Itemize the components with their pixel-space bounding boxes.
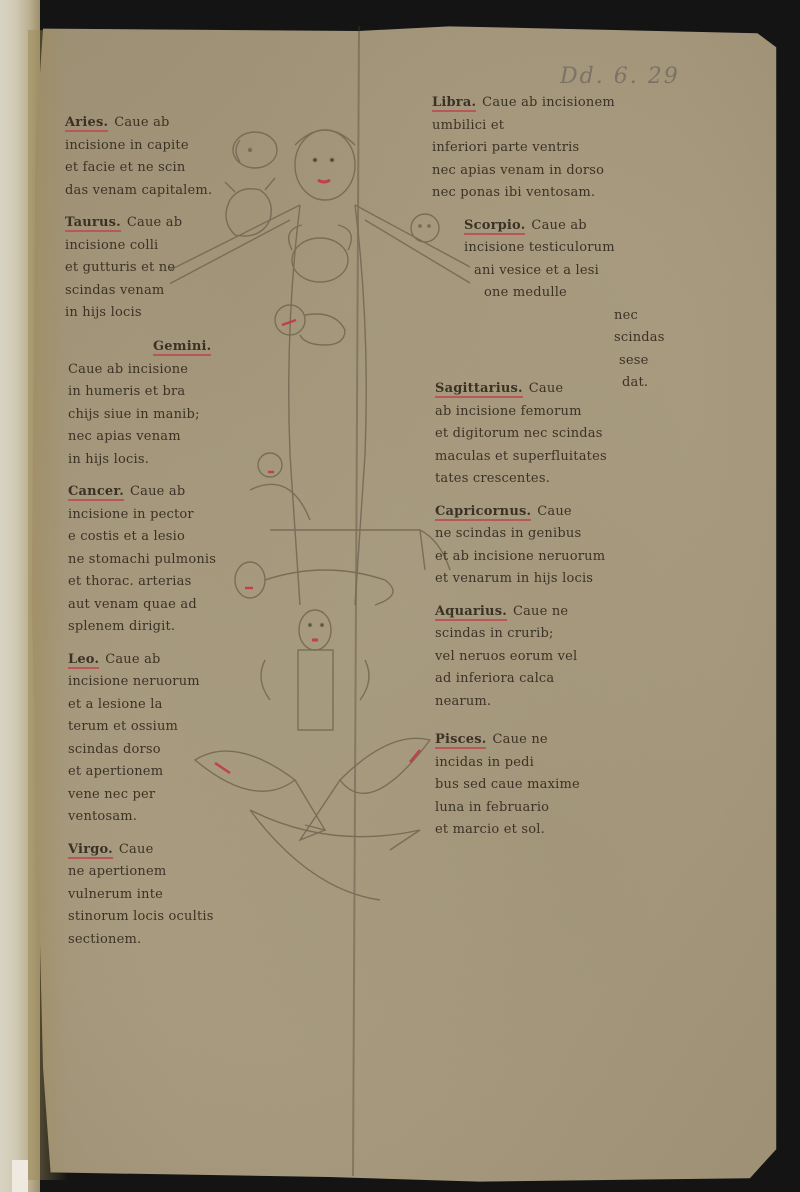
rubric-heading: Libra. (432, 95, 476, 112)
zodiac-entry-gemini: Gemini. Caue ab incisione in humeris et … (68, 336, 268, 471)
gutter-stain (28, 30, 68, 1180)
crab-icon (289, 225, 352, 282)
zodiac-entry-pisces: Pisces.Caue ne incidas in pedi bus sed c… (435, 729, 685, 842)
zodiac-entry-virgo: Virgo.Caue ne apertionem vulnerum inte s… (68, 839, 268, 952)
rubric-heading: Sagittarius. (435, 381, 523, 398)
zodiac-entry-aries: Aries.Caue ab incisione in capite et fac… (65, 112, 235, 202)
sagittarius-archer-icon (250, 453, 450, 570)
rubric-heading: Cancer. (68, 484, 124, 501)
rubric-heading: Aries. (65, 115, 108, 132)
zodiac-entry-sagittarius: Sagittarius.Caue ab incisione femorum et… (435, 378, 685, 491)
rubric-heading: Scorpio. (464, 218, 525, 235)
rubric-heading: Aquarius. (435, 604, 507, 621)
aquarius-water-bearer-icon (261, 610, 369, 730)
left-text-column: Aries.Caue ab incisione in capite et fac… (65, 112, 235, 335)
zodiac-entry-cancer: Cancer.Caue ab incisione in pector e cos… (68, 481, 268, 639)
left-text-column-lower: Gemini. Caue ab incisione in humeris et … (68, 336, 268, 961)
zodiac-entry-libra: Libra.Caue ab incisionem umbilici et inf… (432, 92, 682, 205)
rubric-heading: Pisces. (435, 732, 486, 749)
lion-icon (275, 305, 345, 345)
zodiac-entry-leo: Leo.Caue ab incisione neruorum et a lesi… (68, 649, 268, 829)
right-text-column: Libra.Caue ab incisionem umbilici et inf… (432, 92, 682, 405)
rubric-heading: Gemini. (153, 339, 211, 356)
shelfmark: Dd. 6. 29 (560, 64, 680, 89)
binding-paper-strip (12, 1160, 28, 1192)
ram-icon (233, 132, 277, 168)
zodiac-entry-aquarius: Aquarius.Caue ne scindas in crurib; vel … (435, 601, 685, 714)
right-text-column-lower: Sagittarius.Caue ab incisione femorum et… (435, 378, 685, 852)
zodiac-entry-scorpio: Scorpio.Caue ab incisione testiculorum a… (432, 215, 682, 395)
zodiac-entry-taurus: Taurus.Caue ab incisione colli et guttur… (65, 212, 235, 325)
zodiac-entry-capricornus: Capricornus.Caue ne scindas in genibus e… (435, 501, 685, 591)
rubric-heading: Virgo. (68, 842, 113, 859)
rubric-heading: Taurus. (65, 215, 121, 232)
rubric-heading: Leo. (68, 652, 99, 669)
rubric-heading: Capricornus. (435, 504, 531, 521)
human-head-icon (295, 130, 355, 200)
torso-outline (289, 205, 367, 605)
